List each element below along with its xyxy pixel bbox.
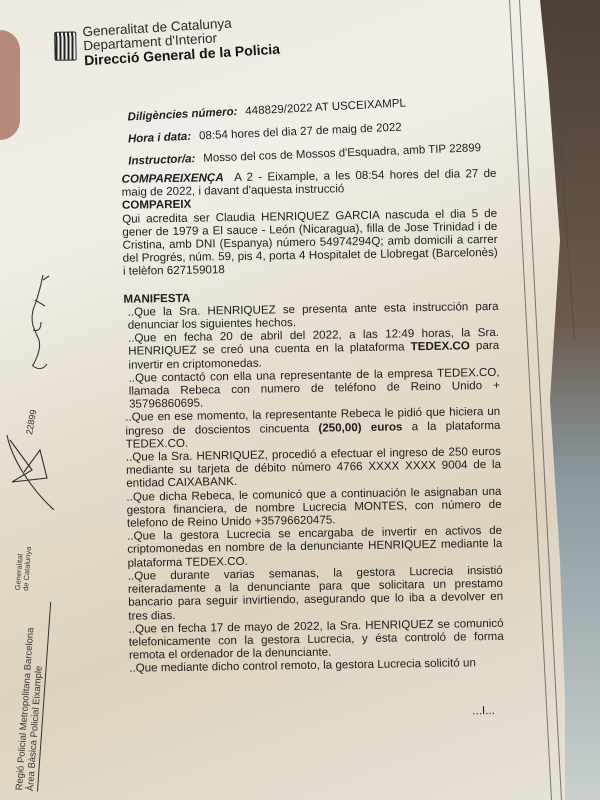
hora-value: 08:54 hores del dia 27 de maig de 2022	[199, 122, 402, 143]
instructor-row: Instructor/a:Mosso del cos de Mossos d'E…	[128, 142, 481, 168]
hora-label: Hora i data:	[128, 131, 192, 146]
statement-paragraph: ..Que en fecha 17 de mayo de 2022, la Sr…	[128, 617, 504, 662]
diligencies-row: Diligències número:448829/2022 AT USCEIX…	[127, 97, 406, 123]
statement-paragraph: ..Que en fecha 20 de abril del 2022, a l…	[124, 326, 500, 371]
declaration-body: COMPAREIXENÇA A 2 - Eixample, a les 08:5…	[121, 167, 505, 723]
svg-text:22899: 22899	[24, 410, 38, 435]
diligencies-label: Diligències número:	[127, 106, 237, 124]
letterhead: Generalitat de Catalunya Departament d'I…	[54, 22, 279, 68]
continues-marker: ...I...	[130, 703, 505, 722]
statement-paragraph: ..Que en ese momento, la representante R…	[125, 405, 501, 450]
instructor-value: Mosso del cos de Mossos d'Esquadra, amb …	[203, 142, 481, 165]
officer-signature: 22899	[2, 410, 62, 520]
complainant-signature	[15, 270, 55, 380]
hora-row: Hora i data:08:54 hores del dia 27 de ma…	[128, 122, 402, 146]
statement-paragraph: ..Que la gestora Lucrecia se encargaba d…	[127, 524, 503, 569]
instructor-label: Instructor/a:	[128, 153, 196, 168]
document-content: Generalitat de Catalunya Departament d'I…	[0, 0, 600, 800]
statement-paragraph: ..Que durante varias semanas, la gestora…	[128, 564, 504, 623]
compareix-text: Qui acredita ser Claudia HENRIQUEZ GARCI…	[122, 206, 498, 278]
statement-paragraph: ..Que la Sra. HENRIQUEZ, procedió a efec…	[126, 445, 502, 490]
statement-paragraph: ..Que contactó con ella una representant…	[125, 366, 501, 411]
statement-paragraph: ..Que dicha Rebeca, le comunicó que a co…	[126, 485, 502, 530]
compareixenca-heading: COMPAREIXENÇA	[121, 171, 223, 186]
stamp-org: Generalitatde Catalunya	[14, 546, 33, 591]
diligencies-value: 448829/2022 AT USCEIXAMPL	[245, 97, 406, 117]
catalonia-crest-icon	[54, 31, 76, 60]
